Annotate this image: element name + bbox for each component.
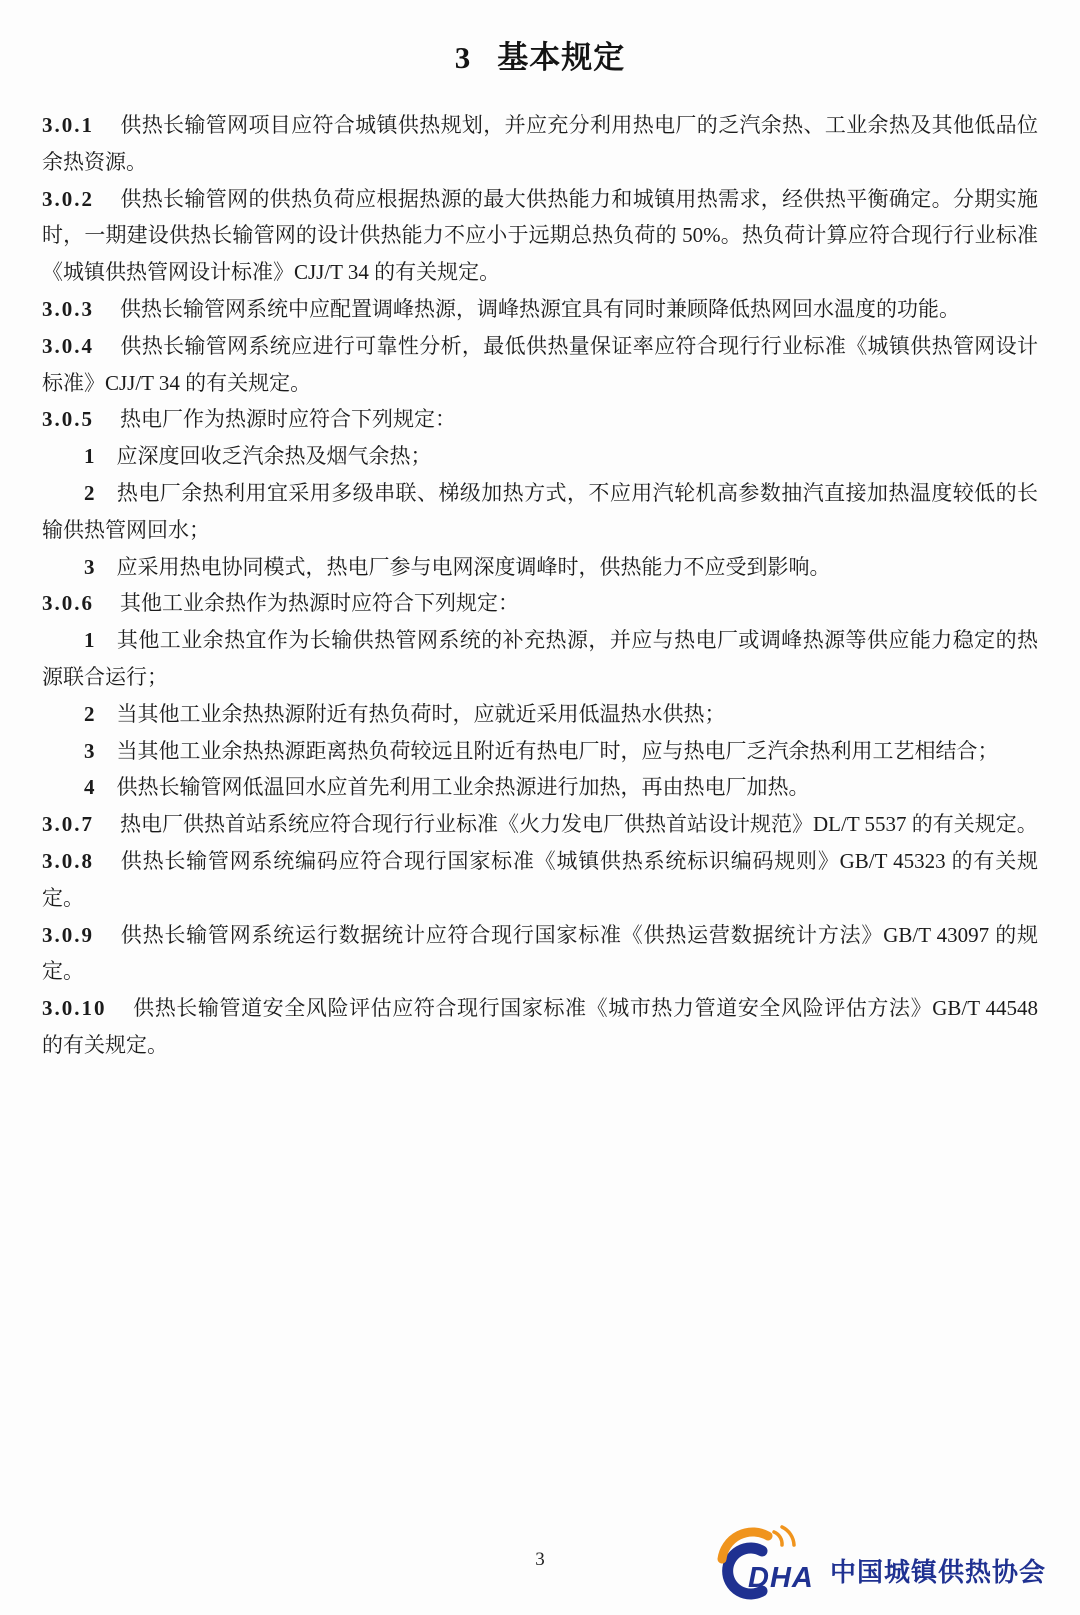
- clause-number: 3.0.10: [42, 996, 133, 1020]
- clause-3-0-6-item-3: 3当其他工业余热热源距离热负荷较远且附近有热电厂时，应与热电厂乏汽余热利用工艺相…: [42, 733, 1038, 770]
- clause-text: 热电厂作为热源时应符合下列规定：: [120, 407, 456, 431]
- clause-text: 其他工业余热作为热源时应符合下列规定：: [120, 591, 519, 615]
- item-text: 当其他工业余热热源附近有热负荷时，应就近采用低温热水供热；: [117, 702, 726, 726]
- chapter-number: 3: [455, 40, 472, 75]
- clause-text: 供热长输管网系统应进行可靠性分析，最低供热量保证率应符合现行行业标准《城镇供热管…: [42, 334, 1038, 395]
- item-number: 2: [84, 481, 117, 505]
- clause-number: 3.0.4: [42, 334, 120, 358]
- clause-number: 3.0.7: [42, 812, 120, 836]
- clause-text: 热电厂供热首站系统应符合现行行业标准《火力发电厂供热首站设计规范》DL/T 55…: [120, 812, 1038, 836]
- clause-3-0-1: 3.0.1供热长输管网项目应符合城镇供热规划，并应充分利用热电厂的乏汽余热、工业…: [42, 107, 1038, 181]
- clause-3-0-2: 3.0.2供热长输管网的供热负荷应根据热源的最大供热能力和城镇用热需求，经供热平…: [42, 181, 1038, 291]
- clause-number: 3.0.6: [42, 591, 120, 615]
- document-body: 3.0.1供热长输管网项目应符合城镇供热规划，并应充分利用热电厂的乏汽余热、工业…: [42, 107, 1038, 1064]
- item-text: 应采用热电协同模式，热电厂参与电网深度调峰时，供热能力不应受到影响。: [117, 555, 831, 579]
- logo-acronym: DHA: [748, 1562, 814, 1594]
- association-name: 中国城镇供热协会: [830, 1552, 1046, 1589]
- clause-3-0-6-item-2: 2当其他工业余热热源附近有热负荷时，应就近采用低温热水供热；: [42, 696, 1038, 733]
- clause-text: 供热长输管网系统中应配置调峰热源，调峰热源宜具有同时兼顾降低热网回水温度的功能。: [120, 297, 960, 321]
- item-number: 4: [84, 775, 117, 799]
- item-text: 热电厂余热利用宜采用多级串联、梯级加热方式，不应用汽轮机高参数抽汽直接加热温度较…: [42, 481, 1038, 542]
- clause-3-0-4: 3.0.4供热长输管网系统应进行可靠性分析，最低供热量保证率应符合现行行业标准《…: [42, 328, 1038, 402]
- cdha-logo-icon: DHA: [710, 1525, 822, 1601]
- clause-3-0-5: 3.0.5热电厂作为热源时应符合下列规定：: [42, 401, 1038, 438]
- association-logo: DHA 中国城镇供热协会: [710, 1525, 1046, 1601]
- clause-3-0-10: 3.0.10供热长输管道安全风险评估应符合现行国家标准《城市热力管道安全风险评估…: [42, 990, 1038, 1064]
- item-number: 1: [84, 444, 117, 468]
- item-text: 当其他工业余热热源距离热负荷较远且附近有热电厂时，应与热电厂乏汽余热利用工艺相结…: [117, 739, 999, 763]
- clause-number: 3.0.2: [42, 187, 120, 211]
- item-number: 3: [84, 739, 117, 763]
- item-number: 1: [84, 628, 117, 652]
- item-text: 其他工业余热宜作为长输供热管网系统的补充热源，并应与热电厂或调峰热源等供应能力稳…: [42, 628, 1038, 689]
- clause-3-0-3: 3.0.3供热长输管网系统中应配置调峰热源，调峰热源宜具有同时兼顾降低热网回水温…: [42, 291, 1038, 328]
- clause-3-0-5-item-3: 3应采用热电协同模式，热电厂参与电网深度调峰时，供热能力不应受到影响。: [42, 549, 1038, 586]
- clause-3-0-6-item-4: 4供热长输管网低温回水应首先利用工业余热源进行加热，再由热电厂加热。: [42, 769, 1038, 806]
- clause-number: 3.0.8: [42, 849, 120, 873]
- chapter-title-text: 基本规定: [497, 40, 625, 75]
- item-number: 2: [84, 702, 117, 726]
- document-page: 3基本规定 3.0.1供热长输管网项目应符合城镇供热规划，并应充分利用热电厂的乏…: [0, 0, 1080, 1615]
- clause-number: 3.0.9: [42, 923, 120, 947]
- clause-text: 供热长输管网项目应符合城镇供热规划，并应充分利用热电厂的乏汽余热、工业余热及其他…: [42, 113, 1038, 174]
- clause-3-0-6: 3.0.6其他工业余热作为热源时应符合下列规定：: [42, 585, 1038, 622]
- clause-text: 供热长输管网系统运行数据统计应符合现行国家标准《供热运营数据统计方法》GB/T …: [42, 923, 1038, 984]
- clause-text: 供热长输管道安全风险评估应符合现行国家标准《城市热力管道安全风险评估方法》GB/…: [42, 996, 1038, 1057]
- clause-number: 3.0.5: [42, 407, 120, 431]
- item-text: 供热长输管网低温回水应首先利用工业余热源进行加热，再由热电厂加热。: [117, 775, 810, 799]
- clause-3-0-6-item-1: 1其他工业余热宜作为长输供热管网系统的补充热源，并应与热电厂或调峰热源等供应能力…: [42, 622, 1038, 696]
- clause-3-0-5-item-2: 2热电厂余热利用宜采用多级串联、梯级加热方式，不应用汽轮机高参数抽汽直接加热温度…: [42, 475, 1038, 549]
- item-text: 应深度回收乏汽余热及烟气余热；: [117, 444, 432, 468]
- clause-text: 供热长输管网系统编码应符合现行国家标准《城镇供热系统标识编码规则》GB/T 45…: [42, 849, 1038, 910]
- clause-number: 3.0.1: [42, 113, 120, 137]
- clause-text: 供热长输管网的供热负荷应根据热源的最大供热能力和城镇用热需求，经供热平衡确定。分…: [42, 187, 1038, 285]
- clause-3-0-9: 3.0.9供热长输管网系统运行数据统计应符合现行国家标准《供热运营数据统计方法》…: [42, 917, 1038, 991]
- clause-3-0-8: 3.0.8供热长输管网系统编码应符合现行国家标准《城镇供热系统标识编码规则》GB…: [42, 843, 1038, 917]
- clause-3-0-7: 3.0.7热电厂供热首站系统应符合现行行业标准《火力发电厂供热首站设计规范》DL…: [42, 806, 1038, 843]
- item-number: 3: [84, 555, 117, 579]
- clause-number: 3.0.3: [42, 297, 120, 321]
- clause-3-0-5-item-1: 1应深度回收乏汽余热及烟气余热；: [42, 438, 1038, 475]
- chapter-title: 3基本规定: [0, 0, 1080, 77]
